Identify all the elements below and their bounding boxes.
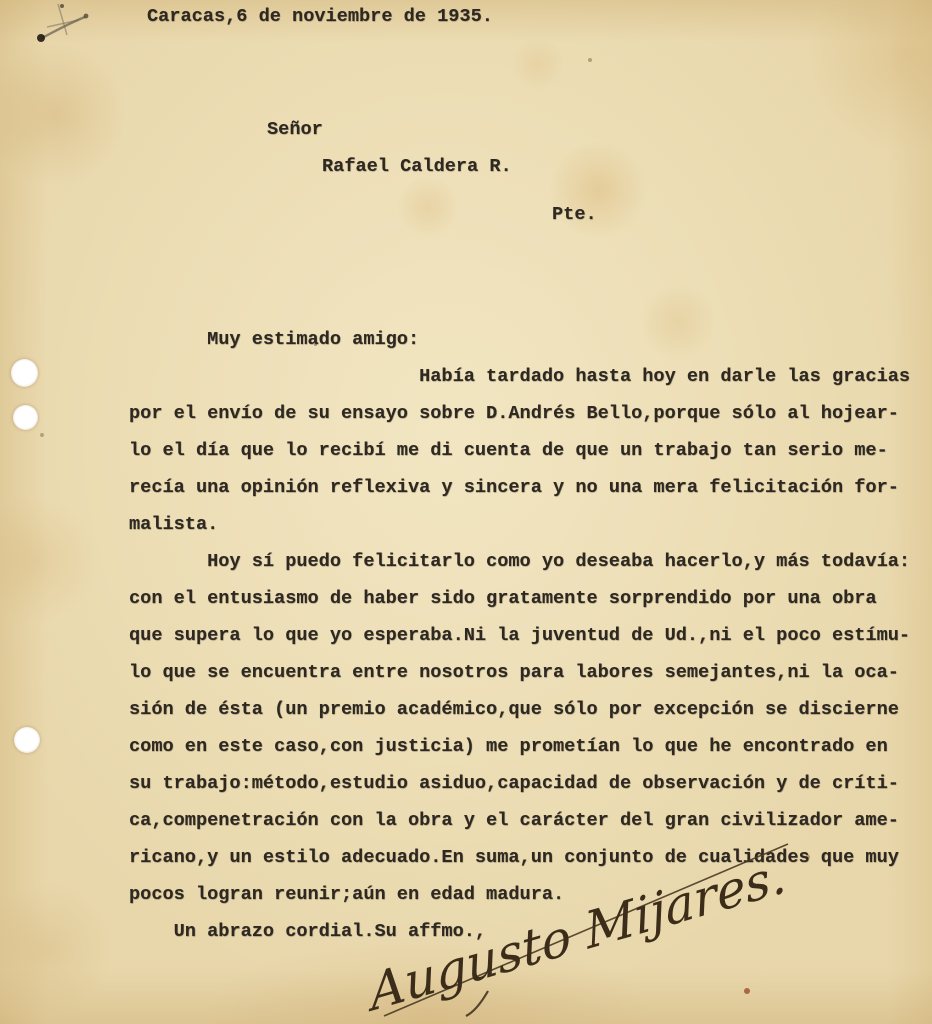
letter-page: Caracas,6 de noviembre de 1935. Señor Ra… <box>0 0 932 1024</box>
letter-body-line: lo el día que lo recibí me di cuenta de … <box>129 432 910 469</box>
pencil-scribble-mark <box>0 0 150 150</box>
age-speck <box>40 433 44 437</box>
punch-hole <box>11 359 38 387</box>
letter-body-line: como en este caso,con justicia) me prome… <box>129 728 910 765</box>
letter-body-line: sión de ésta (un premio académico,que só… <box>129 691 910 728</box>
letter-body-line: malista. <box>129 506 910 543</box>
letter-body-line: recía una opinión reflexiva y sincera y … <box>129 469 910 506</box>
letter-body-line: que supera lo que yo esperaba.Ni la juve… <box>129 617 910 654</box>
letter-body-line: su trabajo:método,estudio asiduo,capacid… <box>129 765 910 802</box>
age-speck <box>588 58 592 62</box>
punch-hole <box>14 727 40 753</box>
letter-body-line: Hoy sí puedo felicitarlo como yo deseaba… <box>129 543 910 580</box>
recipient-name: Rafael Caldera R. <box>322 156 512 177</box>
letter-body-line: con el entusiasmo de haber sido gratamen… <box>129 580 910 617</box>
punch-hole <box>13 405 38 430</box>
signature-name: Augusto Mijares. <box>368 845 789 1023</box>
letter-body-line: lo que se encuentra entre nosotros para … <box>129 654 910 691</box>
letter-body-line: Había tardado hasta hoy en darle las gra… <box>129 358 910 395</box>
letter-body-line: por el envío de su ensayo sobre D.Andrés… <box>129 395 910 432</box>
recipient-title: Señor <box>267 119 323 140</box>
recipient-location: Pte. <box>552 204 597 225</box>
date-line: Caracas,6 de noviembre de 1935. <box>147 6 493 27</box>
letter-body-line: Muy estimado amigo: <box>129 321 910 358</box>
handwritten-signature: Augusto Mijares. <box>368 823 804 1023</box>
